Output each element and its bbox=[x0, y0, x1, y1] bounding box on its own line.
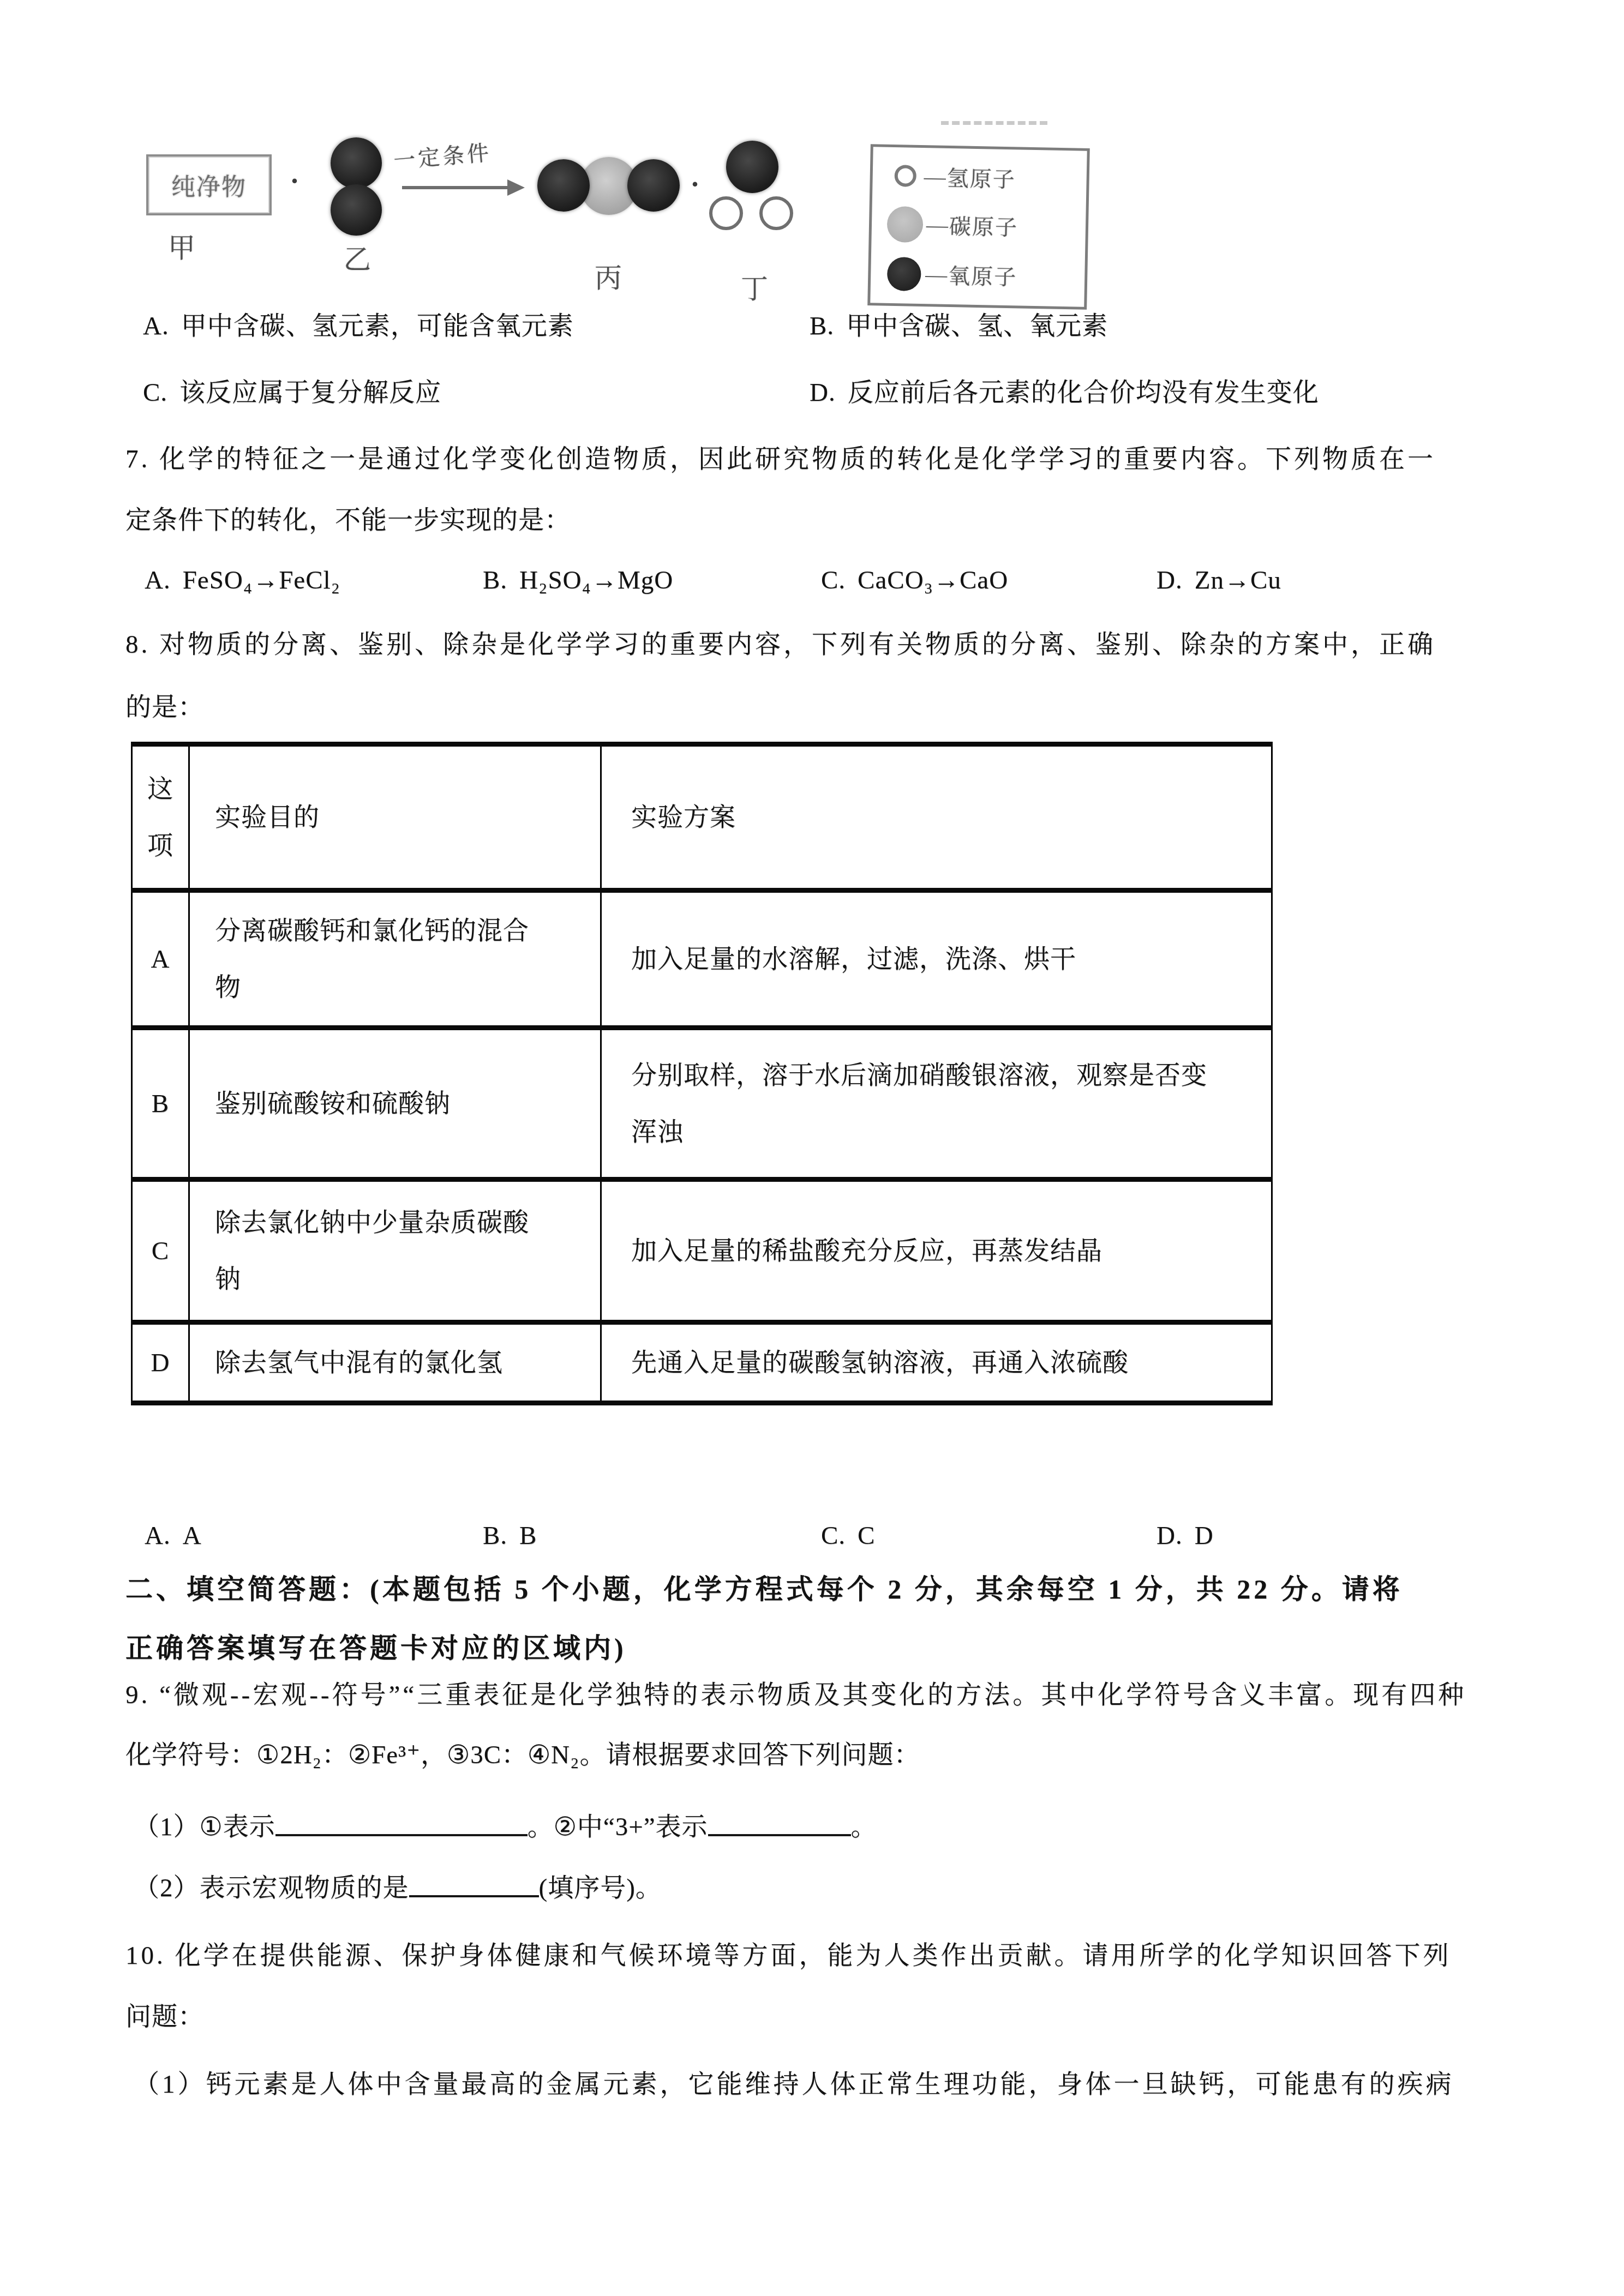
oxygen-atom bbox=[726, 141, 778, 193]
row-plan: 加入足量的水溶解，过滤，洗涤、烘干 bbox=[601, 891, 1272, 1028]
row-plan: 分别取样，溶于水后滴加硝酸银溶液，观察是否变浑浊 bbox=[601, 1028, 1272, 1180]
option-key: C. bbox=[821, 1519, 846, 1552]
header-purpose: 实验目的 bbox=[189, 744, 601, 891]
option-text: FeSO₄→FeCl₂ bbox=[183, 566, 340, 594]
plus-sign: · bbox=[688, 173, 702, 195]
option-key: D. bbox=[1156, 564, 1183, 597]
pure-substance-box: 纯净物 bbox=[146, 154, 272, 215]
option-key: B. bbox=[810, 310, 834, 342]
exam-paper-page: 纯净物 甲 · 乙 一定条件 丙 · 丁 — 氢原子 — 碳原子 bbox=[0, 0, 1624, 2296]
reaction-arrow-head bbox=[507, 179, 525, 196]
question-9-part-2: （2）表示宏观物质的是(填序号)。 bbox=[134, 1872, 662, 1904]
question-9-line-2: 化学符号：①2H₂：②Fe³⁺，③3C：④N₂。请根据要求回答下列问题： bbox=[125, 1739, 920, 1771]
question-6-option-b: B.甲中含碳、氢、氧元素 bbox=[810, 310, 1108, 342]
question-7-line-1: 7. 化学的特征之一是通过化学变化创造物质，因此研究物质的转化是化学学习的重要内… bbox=[125, 443, 1436, 476]
question-8-answer-c: C.C bbox=[821, 1519, 875, 1552]
option-key: C. bbox=[143, 376, 167, 409]
question-7-option-c: C.CaCO₃→CaO bbox=[821, 564, 1008, 597]
pure-substance-label: 纯净物 bbox=[171, 167, 247, 202]
hydrogen-atom bbox=[709, 196, 743, 230]
label-ding: 丁 bbox=[741, 267, 768, 306]
option-text: Zn→Cu bbox=[1195, 566, 1281, 594]
hydrogen-atom-icon bbox=[894, 165, 916, 187]
label-bing: 丙 bbox=[595, 256, 622, 296]
table-row: D 除去氢气中混有的氯化氢 先通入足量的碳酸氢钠溶液，再通入浓硫酸 bbox=[132, 1323, 1272, 1403]
oxygen-atom bbox=[627, 159, 680, 212]
question-10-part-1: （1）钙元素是人体中含量最高的金属元素，它能维持人体正常生理功能，身体一旦缺钙，… bbox=[134, 2068, 1454, 2101]
part-1-text: （1）①表示 bbox=[134, 1813, 275, 1841]
option-key: C. bbox=[821, 564, 846, 597]
oxygen-atom bbox=[537, 159, 590, 212]
table-row: B 鉴别硫酸铵和硫酸钠 分别取样，溶于水后滴加硝酸银溶液，观察是否变浑浊 bbox=[132, 1028, 1272, 1180]
reaction-condition: 一定条件 bbox=[392, 135, 493, 175]
row-purpose: 除去氢气中混有的氯化氢 bbox=[189, 1323, 601, 1403]
answer-blank bbox=[275, 1828, 528, 1836]
option-text: 该反应属于复分解反应 bbox=[179, 378, 441, 407]
part-1-text: 。②中“3+”表示 bbox=[528, 1813, 708, 1841]
carbon-atom-icon bbox=[886, 206, 923, 242]
row-purpose: 鉴别硫酸铵和硫酸钠 bbox=[189, 1028, 601, 1180]
legend-label: 氢原子 bbox=[946, 161, 1016, 193]
option-key: B. bbox=[483, 564, 507, 597]
row-option: C bbox=[132, 1180, 189, 1323]
question-6-option-d: D.反应前后各元素的化合价均没有发生变化 bbox=[810, 376, 1319, 409]
answer-blank bbox=[708, 1828, 851, 1836]
scan-artifact bbox=[941, 121, 1047, 125]
hydrogen-atom bbox=[759, 196, 793, 230]
header-option: 这项 bbox=[132, 744, 189, 891]
plus-sign: · bbox=[288, 170, 301, 192]
legend-dash: — bbox=[925, 261, 948, 287]
question-7-option-a: A.FeSO₄→FeCl₂ bbox=[145, 564, 340, 597]
option-key: D. bbox=[810, 376, 836, 409]
reaction-arrow bbox=[402, 186, 510, 189]
legend-row-carbon: — 碳原子 bbox=[886, 206, 1086, 245]
legend-row-hydrogen: — 氢原子 bbox=[888, 160, 1087, 195]
row-plan: 先通入足量的碳酸氢钠溶液，再通入浓硫酸 bbox=[601, 1323, 1272, 1403]
option-key: A. bbox=[145, 1519, 171, 1552]
part-2-text: （2）表示宏观物质的是 bbox=[134, 1874, 409, 1902]
table-header-row: 这项 实验目的 实验方案 bbox=[132, 744, 1272, 891]
option-text: A bbox=[183, 1522, 202, 1550]
option-text: C bbox=[858, 1522, 875, 1550]
row-option: B bbox=[132, 1028, 189, 1180]
question-7-line-2: 定条件下的转化，不能一步实现的是： bbox=[125, 504, 571, 537]
table-row: A 分离碳酸钙和氯化钙的混合物 加入足量的水溶解，过滤，洗涤、烘干 bbox=[132, 891, 1272, 1028]
question-8-answer-d: D.D bbox=[1156, 1519, 1214, 1552]
label-yi: 乙 bbox=[344, 238, 371, 277]
question-6-option-a: A.甲中含碳、氢元素，可能含氧元素 bbox=[143, 310, 574, 342]
legend-row-oxygen: — 氧原子 bbox=[886, 256, 1085, 294]
question-8-line-2: 的是： bbox=[125, 691, 204, 724]
option-text: 甲中含碳、氢、氧元素 bbox=[846, 312, 1108, 340]
option-key: D. bbox=[1156, 1519, 1183, 1552]
option-text: B bbox=[519, 1522, 537, 1550]
question-8-line-1: 8. 对物质的分离、鉴别、除杂是化学学习的重要内容，下列有关物质的分离、鉴别、除… bbox=[125, 628, 1436, 661]
question-8-answer-a: A.A bbox=[145, 1519, 202, 1552]
answer-blank bbox=[409, 1889, 539, 1897]
part-1-text: 。 bbox=[851, 1813, 877, 1841]
option-text: 反应前后各元素的化合价均没有发生变化 bbox=[848, 378, 1319, 407]
oxygen-atom-icon bbox=[887, 256, 921, 291]
option-text: H₂SO₄→MgO bbox=[519, 566, 673, 594]
question-7-option-b: B.H₂SO₄→MgO bbox=[483, 564, 673, 597]
option-text: CaCO₃→CaO bbox=[858, 566, 1008, 594]
atom-legend: — 氢原子 — 碳原子 — 氧原子 bbox=[867, 144, 1090, 310]
oxygen-atom bbox=[331, 184, 382, 236]
row-option: D bbox=[132, 1323, 189, 1403]
legend-dash: — bbox=[924, 164, 946, 190]
row-plan: 加入足量的稀盐酸充分反应，再蒸发结晶 bbox=[601, 1180, 1272, 1323]
reaction-diagram: 纯净物 甲 · 乙 一定条件 丙 · 丁 — 氢原子 — 碳原子 bbox=[0, 0, 1624, 338]
question-9-line-1: 9. “微观--宏观--符号”“三重表征是化学独特的表示物质及其变化的方法。其中… bbox=[125, 1679, 1466, 1711]
row-purpose: 除去氯化钠中少量杂质碳酸钠 bbox=[189, 1180, 601, 1323]
section-2-header-line-1: 二、填空简答题：(本题包括 5 个小题，化学方程式每个 2 分，其余每空 1 分… bbox=[125, 1573, 1403, 1606]
question-8-table: 这项 实验目的 实验方案 A 分离碳酸钙和氯化钙的混合物 加入足量的水溶解，过滤… bbox=[131, 742, 1273, 1405]
part-2-text: (填序号)。 bbox=[539, 1874, 662, 1902]
legend-label: 碳原子 bbox=[949, 209, 1018, 242]
row-purpose: 分离碳酸钙和氯化钙的混合物 bbox=[189, 891, 601, 1028]
question-6-option-c: C.该反应属于复分解反应 bbox=[143, 376, 441, 409]
question-9-part-1: （1）①表示。②中“3+”表示。 bbox=[134, 1811, 877, 1843]
row-option: A bbox=[132, 891, 189, 1028]
question-7-option-d: D.Zn→Cu bbox=[1156, 564, 1281, 597]
option-key: A. bbox=[143, 310, 169, 342]
legend-label: 氧原子 bbox=[948, 259, 1017, 291]
option-text: 甲中含碳、氢元素，可能含氧元素 bbox=[181, 312, 574, 340]
section-2-header-line-2: 正确答案填写在答题卡对应的区域内) bbox=[125, 1632, 627, 1664]
option-text: D bbox=[1195, 1522, 1214, 1550]
question-8-answer-b: B.B bbox=[483, 1519, 537, 1552]
option-key: B. bbox=[483, 1519, 507, 1552]
option-key: A. bbox=[145, 564, 171, 597]
question-10-line-1: 10. 化学在提供能源、保护身体健康和气候环境等方面，能为人类作出贡献。请用所学… bbox=[125, 1939, 1452, 1972]
legend-dash: — bbox=[926, 212, 949, 238]
table-row: C 除去氯化钠中少量杂质碳酸钠 加入足量的稀盐酸充分反应，再蒸发结晶 bbox=[132, 1180, 1272, 1323]
header-plan: 实验方案 bbox=[601, 744, 1272, 891]
label-jia: 甲 bbox=[168, 226, 195, 266]
question-10-line-2: 问题： bbox=[125, 2000, 204, 2033]
oxygen-atom bbox=[331, 137, 382, 189]
